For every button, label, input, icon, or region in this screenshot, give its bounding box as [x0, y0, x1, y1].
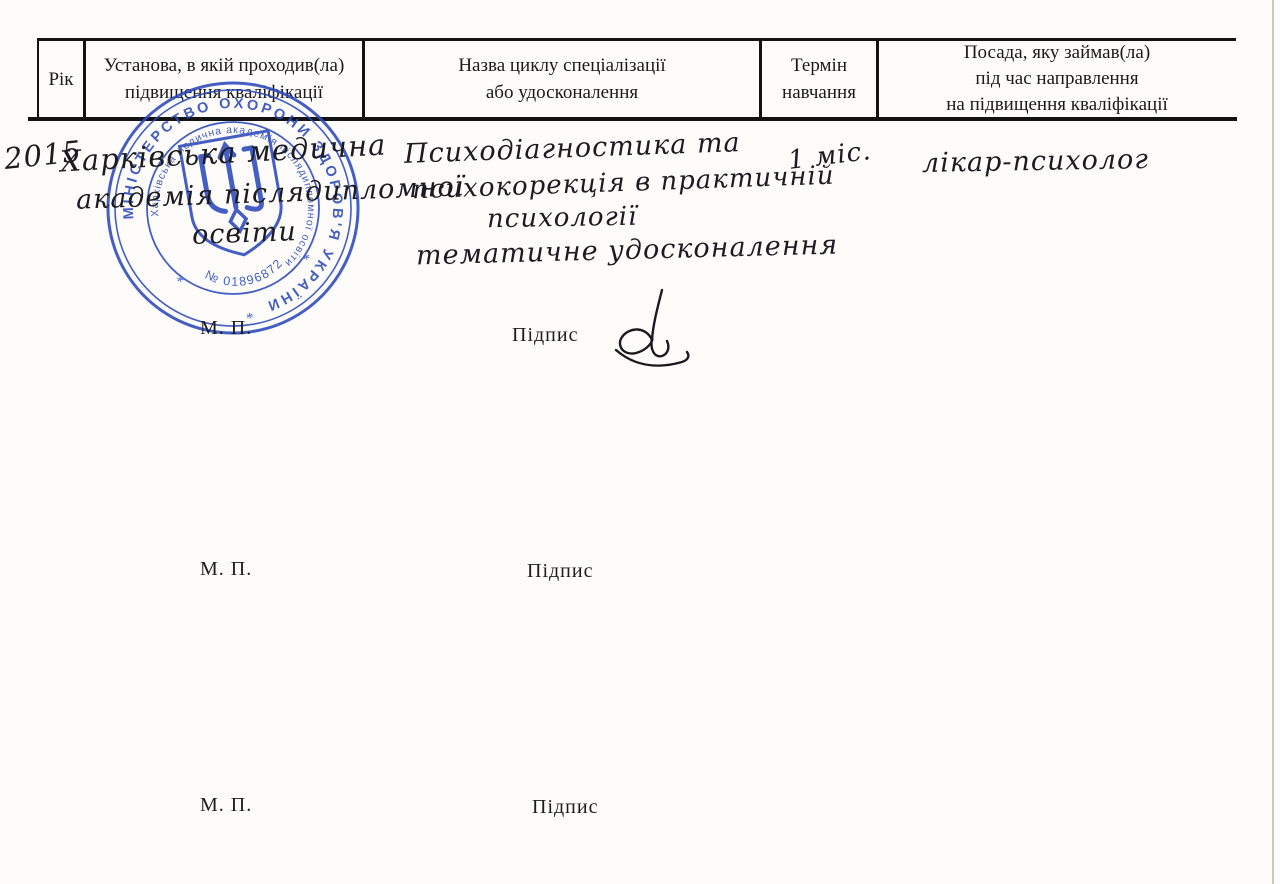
header-position-line1: Посада, яку займав(ла) [964, 40, 1150, 66]
entry-institution-line3: освіти [191, 216, 297, 251]
signature-label-2: Підпис [527, 560, 593, 583]
header-course-line2: або удосконалення [486, 79, 638, 106]
stamp-number: № 01896872 [201, 254, 289, 295]
header-term-line2: навчання [782, 79, 856, 106]
header-cell-term: Термін навчання [762, 41, 876, 117]
header-institution-line1: Установа, в якій проходив(ла) [104, 52, 345, 79]
scan-page-edge-line [1272, 0, 1274, 884]
signature-mark [602, 286, 694, 374]
header-term-line1: Термін [791, 52, 847, 79]
header-cell-course: Назва циклу спеціалізації або удосконале… [365, 41, 759, 117]
signature-label-3: Підпис [532, 796, 598, 819]
header-cell-position: Посада, яку займав(ла) під час направлен… [879, 40, 1235, 118]
mp-label-3: М. П. [200, 794, 252, 817]
mp-label-2: М. П. [200, 558, 252, 581]
entry-course-line4: тематичне удосконалення [416, 229, 839, 271]
entry-position-handwriting: лікар-психолог [922, 144, 1149, 179]
entry-course-line3: психології [487, 202, 638, 235]
mp-label-1: М. П. [200, 317, 252, 340]
stamp-star-left: * [176, 274, 186, 291]
entry-term-handwriting: 1 міс. [786, 136, 873, 176]
header-position-line2: під час направлення [975, 66, 1138, 92]
header-course-line1: Назва циклу спеціалізації [458, 52, 665, 79]
signature-label-1: Підпис [512, 324, 578, 347]
stamp-star-right: * [302, 251, 312, 268]
scanned-document-page: Рік Установа, в якій проходив(ла) підвищ… [0, 0, 1280, 884]
entry-course-line1: Психодіагностика та [404, 127, 742, 170]
header-cell-year: Рік [39, 41, 83, 117]
header-position-line3: на підвищення кваліфікації [946, 92, 1168, 118]
signature-svg [602, 286, 694, 374]
header-year-label: Рік [48, 66, 73, 93]
